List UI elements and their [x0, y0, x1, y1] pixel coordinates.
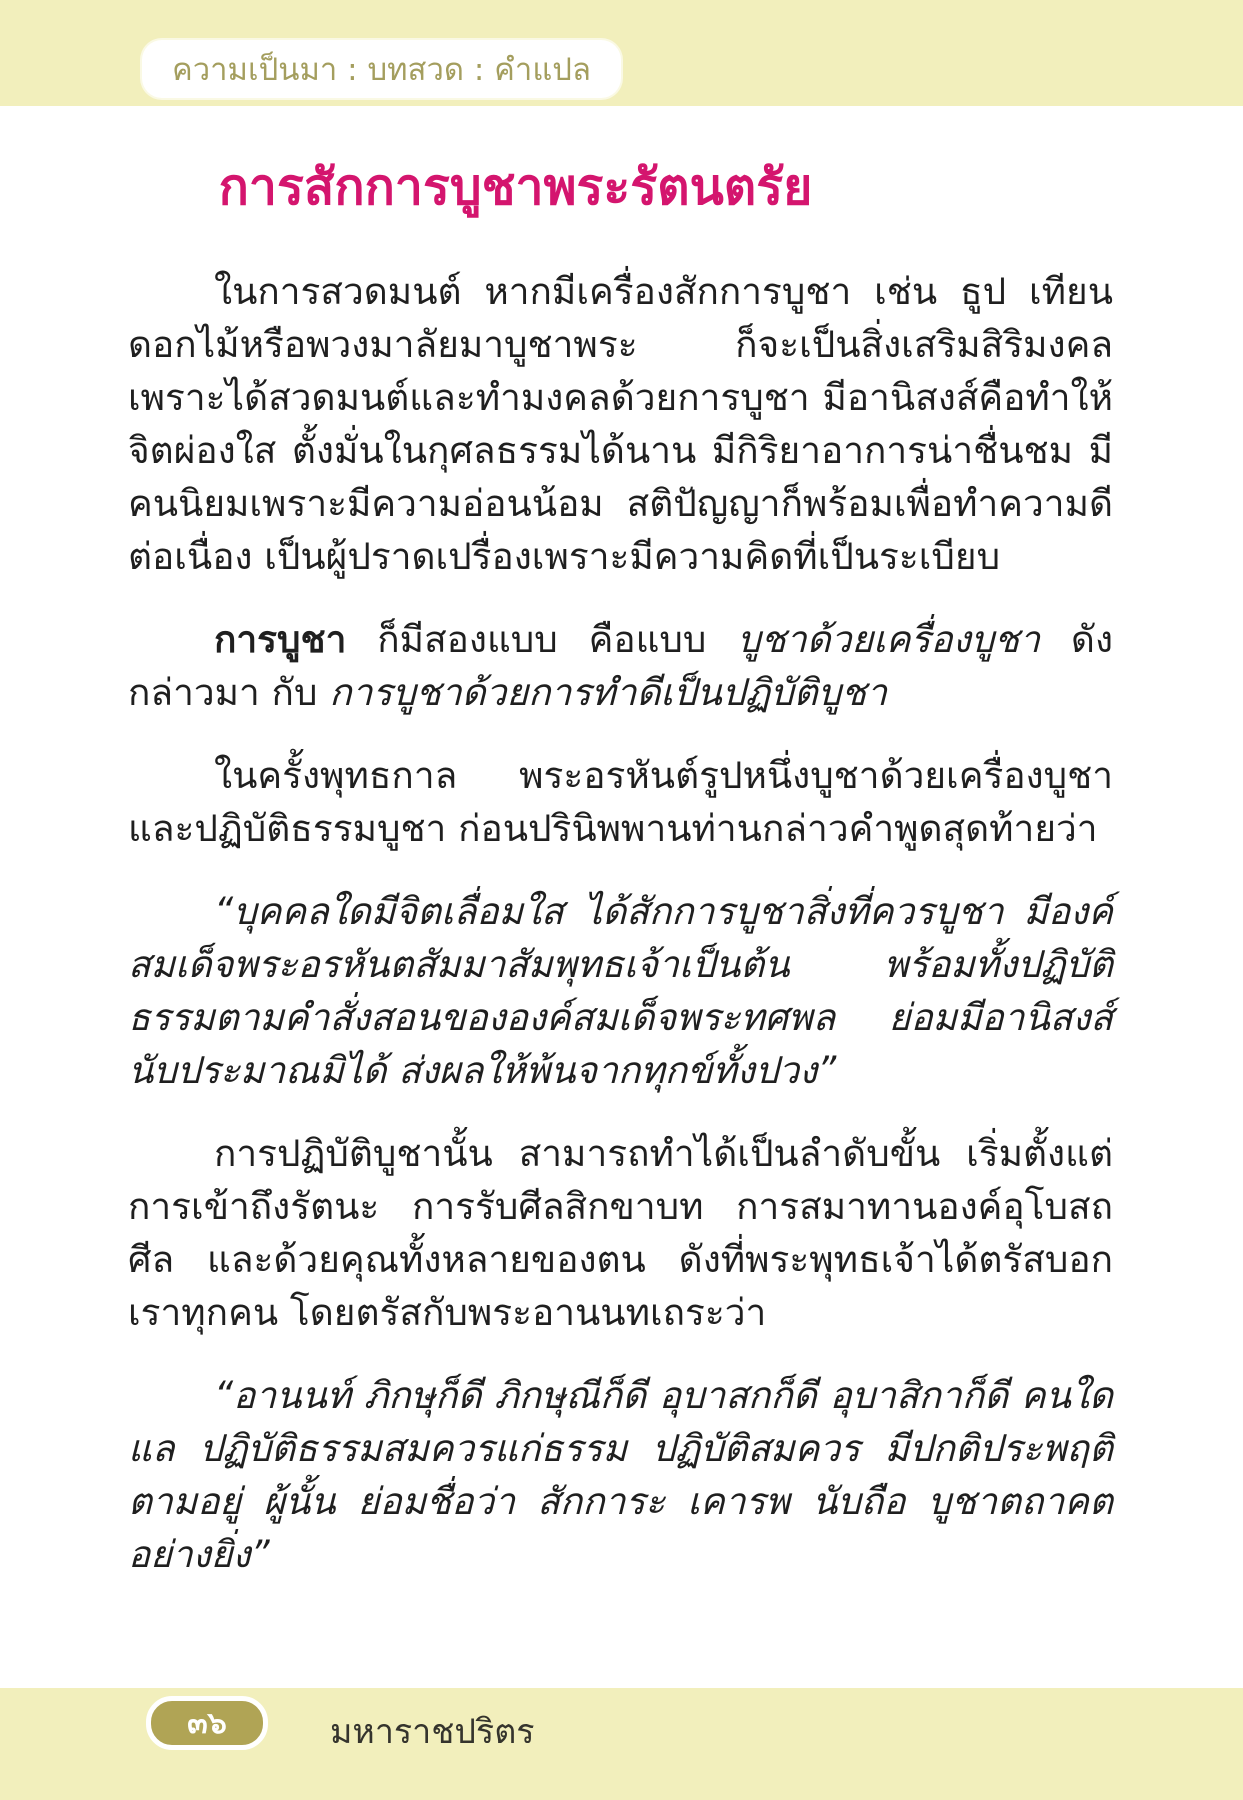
- breadcrumb: ความเป็นมา : บทสวด : คำแปล: [142, 40, 621, 98]
- book-title: มหาราชปริตร: [330, 1704, 535, 1758]
- paragraph: การบูชา ก็มีสองแบบ คือแบบ บูชาด้วยเครื่อ…: [128, 613, 1113, 719]
- page-title: การสักการบูชาพระรัตนตรัย: [23, 148, 1008, 227]
- text-run: การบูชา: [214, 618, 346, 661]
- text-run: ก็มีสองแบบ คือแบบ: [346, 618, 737, 661]
- page-number: ๓๖: [187, 1700, 227, 1747]
- text-run: ในครั้งพุทธกาล พระอรหันต์รูปหนึ่งบูชาด้ว…: [128, 754, 1113, 850]
- paragraph: การปฏิบัติบูชานั้น สามารถทำได้เป็นลำดับข…: [128, 1127, 1113, 1339]
- footer-band: ๓๖ มหาราชปริตร: [0, 1688, 1243, 1800]
- text-run: การปฏิบัติบูชานั้น สามารถทำได้เป็นลำดับข…: [128, 1132, 1113, 1334]
- text-run: ในการสวดมนต์ หากมีเครื่องสักการบูชา เช่น…: [128, 270, 1113, 578]
- book-page: ความเป็นมา : บทสวด : คำแปล การสักการบูชา…: [0, 0, 1243, 1800]
- text-run: “อานนท์ ภิกษุก็ดี ภิกษุณีก็ดี อุบาสกก็ดี…: [128, 1374, 1113, 1576]
- paragraph: “บุคคลใดมีจิตเลื่อมใส ได้สักการบูชาสิ่งท…: [128, 885, 1113, 1097]
- page-content: การสักการบูชาพระรัตนตรัย ในการสวดมนต์ หา…: [128, 148, 1113, 1611]
- paragraph: “อานนท์ ภิกษุก็ดี ภิกษุณีก็ดี อุบาสกก็ดี…: [128, 1369, 1113, 1581]
- text-run: “บุคคลใดมีจิตเลื่อมใส ได้สักการบูชาสิ่งท…: [128, 890, 1113, 1092]
- header-band: ความเป็นมา : บทสวด : คำแปล: [0, 0, 1243, 106]
- paragraph: ในครั้งพุทธกาล พระอรหันต์รูปหนึ่งบูชาด้ว…: [128, 749, 1113, 855]
- paragraph: ในการสวดมนต์ หากมีเครื่องสักการบูชา เช่น…: [128, 265, 1113, 583]
- text-run: การบูชาด้วยการทำดีเป็นปฏิบัติบูชา: [329, 671, 887, 714]
- paragraphs: ในการสวดมนต์ หากมีเครื่องสักการบูชา เช่น…: [128, 265, 1113, 1581]
- page-number-badge: ๓๖: [146, 1696, 268, 1750]
- breadcrumb-label: ความเป็นมา : บทสวด : คำแปล: [172, 44, 591, 94]
- text-run: บูชาด้วยเครื่องบูชา: [737, 618, 1040, 661]
